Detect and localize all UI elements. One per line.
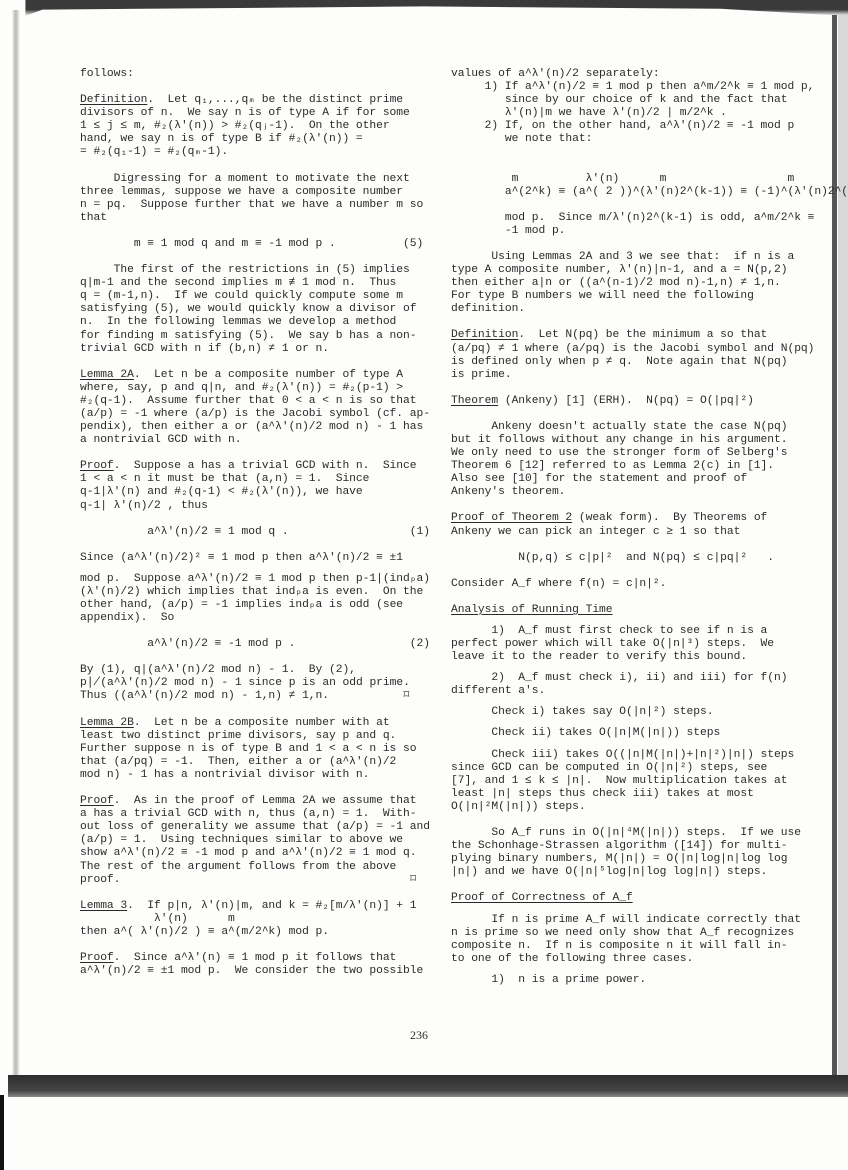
text-line: a^λ'(n)/2 ≡ -1 mod p . (2) bbox=[80, 638, 430, 651]
text-line: 1 ≤ j ≤ m, #₂(λ'(n)) > #₂(qⱼ-1). On the … bbox=[80, 120, 430, 133]
line-text: (a/p) = -1 where (a/p) is the Jacobi sym… bbox=[80, 408, 430, 420]
line-text: q = (m-1,n). If we could quickly compute… bbox=[80, 290, 403, 302]
line-text: Digressing for a moment to motivate the … bbox=[80, 173, 410, 185]
line-text: since by our choice of k and the fact th… bbox=[451, 94, 787, 106]
line-text: a nontrivial GCD with n. bbox=[80, 434, 242, 446]
section-heading: Proof of Correctness of A_f bbox=[451, 892, 633, 904]
paragraph-gap bbox=[451, 719, 811, 727]
text-line: Proof. Since a^λ'(n) ≡ 1 mod p it follow… bbox=[80, 952, 430, 965]
line-text: |n|) and we have O(|n|⁵log|n|log log|n|)… bbox=[451, 866, 767, 878]
text-line: q-1| λ'(n)/2 , thus bbox=[80, 500, 430, 513]
text-line: different a's. bbox=[451, 685, 811, 698]
line-text: . Since a^λ'(n) ≡ 1 mod p it follows tha… bbox=[114, 952, 397, 964]
line-text: a^λ'(n)/2 ≡ 1 mod q . (1) bbox=[80, 526, 430, 538]
text-line: least two distinct prime divisors, say p… bbox=[80, 730, 430, 743]
text-line: proof. ⌑ bbox=[80, 874, 430, 887]
line-text: pendix), then either a or (a^λ'(n)/2 mod… bbox=[80, 421, 423, 433]
line-text: 1 < a < n it must be that (a,n) = 1. Sin… bbox=[80, 473, 369, 485]
text-line: Proof. As in the proof of Lemma 2A we as… bbox=[80, 795, 430, 808]
text-line: 1) A_f must first check to see if n is a bbox=[451, 625, 811, 638]
line-text: but it follows without any change in his… bbox=[451, 434, 787, 446]
paragraph-gap bbox=[451, 147, 811, 160]
paragraph-gap bbox=[451, 741, 811, 749]
line-text: leave it to the reader to verify this bo… bbox=[451, 651, 747, 663]
paragraph-gap bbox=[451, 160, 811, 173]
line-text: three lemmas, suppose we have a composit… bbox=[80, 186, 403, 198]
line-text: type A composite number, λ'(n)|n-1, and … bbox=[451, 264, 787, 276]
paragraph-gap bbox=[451, 316, 811, 329]
text-line: plying binary numbers, M(|n|) = O(|n|log… bbox=[451, 853, 811, 866]
line-text: Consider A_f where f(n) = c|n|². bbox=[451, 578, 666, 590]
line-text: where, say, p and q|n, and #₂(λ'(n)) = #… bbox=[80, 382, 403, 394]
line-text: Further suppose n is of type B and 1 < a… bbox=[80, 743, 416, 755]
line-text: = #₂(q₁-1) = #₂(qₘ-1). bbox=[80, 146, 228, 158]
text-line: a^(2^k) ≡ (a^( 2 ))^(λ'(n)2^(k-1)) ≡ (-1… bbox=[451, 186, 811, 199]
line-text: divisors of n. We say n is of type A if … bbox=[80, 107, 410, 119]
section-heading: Lemma 3 bbox=[80, 900, 127, 912]
scan-edge-right bbox=[832, 15, 837, 1075]
line-text: that bbox=[80, 212, 107, 224]
text-line: satisfying (5), we would quickly know a … bbox=[80, 303, 430, 316]
line-text: q|m-1 and the second implies m ≢ 1 mod n… bbox=[80, 277, 396, 289]
text-line: Lemma 2B. Let n be a composite number wi… bbox=[80, 717, 430, 730]
line-text: a^λ'(n)/2 ≡ -1 mod p . (2) bbox=[80, 638, 430, 650]
line-text: . If p|n, λ'(n)|m, and k = #₂[m/λ'(n)] +… bbox=[127, 900, 416, 912]
text-line: O(|n|²M(|n|)) steps. bbox=[451, 801, 811, 814]
line-text: since GCD can be computed in O(|n|²) ste… bbox=[451, 762, 767, 774]
text-line: that (a/pq) = -1. Then, either a or (a^λ… bbox=[80, 756, 430, 769]
paragraph-gap bbox=[80, 782, 430, 795]
text-line: Ankeny's theorem. bbox=[451, 486, 811, 499]
text-line: Proof. Suppose a has a trivial GCD with … bbox=[80, 460, 430, 473]
text-line: least |n| steps thus check iii) takes at… bbox=[451, 788, 811, 801]
text-line: but it follows without any change in his… bbox=[451, 434, 811, 447]
line-text: least two distinct prime divisors, say p… bbox=[80, 730, 396, 742]
paragraph-gap bbox=[451, 539, 811, 552]
line-text: 1) A_f must first check to see if n is a bbox=[451, 625, 767, 637]
text-line: hand, we say n is of type B if #₂(λ'(n))… bbox=[80, 133, 430, 146]
text-line: to one of the following three cases. bbox=[451, 953, 811, 966]
line-text: mod p. Suppose a^λ'(n)/2 ≡ 1 mod p then … bbox=[80, 573, 430, 585]
line-text: m ≡ 1 mod q and m ≡ -1 mod p . (5) bbox=[80, 238, 423, 250]
text-line: Lemma 3. If p|n, λ'(n)|m, and k = #₂[m/λ… bbox=[80, 900, 430, 913]
text-line: is defined only when p ≠ q. Note again t… bbox=[451, 356, 811, 369]
text-line: mod n) - 1 has a nontrivial divisor with… bbox=[80, 769, 430, 782]
text-line: the Schonhage-Strassen algorithm ([14]) … bbox=[451, 840, 811, 853]
text-line: n is prime so we need only show that A_f… bbox=[451, 927, 811, 940]
text-line: trivial GCD with n if (b,n) ≠ 1 or n. bbox=[80, 343, 430, 356]
line-text: then a^( λ'(n)/2 ) ≡ a^(m/2^k) mod p. bbox=[80, 926, 329, 938]
paragraph-gap bbox=[80, 704, 430, 717]
text-line: If n is prime A_f will indicate correctl… bbox=[451, 914, 811, 927]
text-line: is prime. bbox=[451, 369, 811, 382]
text-line: follows: bbox=[80, 68, 430, 81]
text-line: mod p. Suppose a^λ'(n)/2 ≡ 1 mod p then … bbox=[80, 573, 430, 586]
line-text: definition. bbox=[451, 303, 525, 315]
text-line: Check iii) takes O((|n|M(|n|)+|n|²)|n|) … bbox=[451, 749, 811, 762]
scan-shadow-top bbox=[0, 0, 848, 16]
section-heading: Lemma 2B bbox=[80, 717, 134, 729]
line-text: a^(2^k) ≡ (a^( 2 ))^(λ'(n)2^(k-1)) ≡ (-1… bbox=[451, 186, 848, 198]
text-line: a nontrivial GCD with n. bbox=[80, 434, 430, 447]
scan-edge-bottom-left bbox=[0, 1095, 4, 1170]
text-line: then a^( λ'(n)/2 ) ≡ a^(m/2^k) mod p. bbox=[80, 926, 430, 939]
line-text: is prime. bbox=[451, 369, 512, 381]
text-line: Digressing for a moment to motivate the … bbox=[80, 173, 430, 186]
line-text: least |n| steps thus check iii) takes at… bbox=[451, 788, 754, 800]
line-text: . Let q₁,...,qₘ be the distinct prime bbox=[147, 94, 403, 106]
line-text: to one of the following three cases. bbox=[451, 953, 693, 965]
paragraph-gap bbox=[80, 539, 430, 552]
line-text: . Let N(pq) be the minimum a so that bbox=[518, 329, 767, 341]
text-line: -1 mod p. bbox=[451, 225, 811, 238]
scan-binding-shadow bbox=[12, 10, 20, 1075]
paragraph-gap bbox=[451, 814, 811, 827]
text-line: a has a trivial GCD with n, thus (a,n) =… bbox=[80, 808, 430, 821]
paragraph-gap bbox=[451, 879, 811, 892]
text-line: So A_f runs in O(|n|⁴M(|n|)) steps. If w… bbox=[451, 827, 811, 840]
line-text: (Ankeny) [1] (ERH). N(pq) = O(|pq|²) bbox=[498, 395, 754, 407]
text-line: Proof of Correctness of A_f bbox=[451, 892, 811, 905]
text-line: divisors of n. We say n is of type A if … bbox=[80, 107, 430, 120]
text-line: a^λ'(n)/2 ≡ ±1 mod p. We consider the tw… bbox=[80, 965, 430, 978]
text-line: definition. bbox=[451, 303, 811, 316]
line-text: Check i) takes say O(|n|²) steps. bbox=[451, 706, 713, 718]
line-text: show a^λ'(n)/2 ≡ -1 mod p and a^λ'(n)/2 … bbox=[80, 847, 416, 859]
text-line: Lemma 2A. Let n be a composite number of… bbox=[80, 369, 430, 382]
text-line: other hand, (a/p) = -1 implies indₚa is … bbox=[80, 599, 430, 612]
text-line: appendix). So bbox=[80, 612, 430, 625]
text-line: perfect power which will take O(|n|³) st… bbox=[451, 638, 811, 651]
line-text: . Let n be a composite number with at bbox=[134, 717, 390, 729]
line-text: For type B numbers we will need the foll… bbox=[451, 290, 754, 302]
line-text: proof. ⌑ bbox=[80, 874, 417, 886]
line-text: Ankeny doesn't actually state the case N… bbox=[451, 421, 787, 433]
text-line: pendix), then either a or (a^λ'(n)/2 mod… bbox=[80, 421, 430, 434]
text-line: m ≡ 1 mod q and m ≡ -1 mod p . (5) bbox=[80, 238, 430, 251]
text-line: composite n. If n is composite n it will… bbox=[451, 940, 811, 953]
paragraph-gap bbox=[451, 906, 811, 914]
line-text: 1) n is a prime power. bbox=[451, 974, 646, 986]
paragraph-gap bbox=[80, 251, 430, 264]
text-line: Definition. Let N(pq) be the minimum a s… bbox=[451, 329, 811, 342]
line-text: mod n) - 1 has a nontrivial divisor with… bbox=[80, 769, 369, 781]
line-text: 1 ≤ j ≤ m, #₂(λ'(n)) > #₂(qⱼ-1). On the … bbox=[80, 120, 390, 132]
line-text: By (1), q|(a^λ'(n)/2 mod n) - 1. By (2), bbox=[80, 664, 356, 676]
line-text: satisfying (5), we would quickly know a … bbox=[80, 303, 416, 315]
text-line: Theorem 6 [12] referred to as Lemma 2(c)… bbox=[451, 460, 811, 473]
text-line: q = (m-1,n). If we could quickly compute… bbox=[80, 290, 430, 303]
paragraph-gap bbox=[80, 225, 430, 238]
line-text: follows: bbox=[80, 68, 134, 80]
line-text: for finding m satisfying (5). We say b h… bbox=[80, 330, 416, 342]
line-text: appendix). So bbox=[80, 612, 174, 624]
paragraph-gap bbox=[451, 499, 811, 512]
section-heading: Analysis of Running Time bbox=[451, 604, 613, 616]
text-line: leave it to the reader to verify this bo… bbox=[451, 651, 811, 664]
line-text: 2) If, on the other hand, a^λ'(n)/2 ≡ -1… bbox=[451, 120, 794, 132]
line-text: (a/pq) ≠ 1 where (a/pq) is the Jacobi sy… bbox=[451, 343, 814, 355]
text-line: we note that: bbox=[451, 133, 811, 146]
line-text: Ankeny we can pick an integer c ≥ 1 so t… bbox=[451, 526, 740, 538]
text-line: The first of the restrictions in (5) imp… bbox=[80, 264, 430, 277]
text-line: We only need to use the stronger form of… bbox=[451, 447, 811, 460]
line-text: the Schonhage-Strassen algorithm ([14]) … bbox=[451, 840, 787, 852]
text-line: Since (a^λ'(n)/2)² ≡ 1 mod p then a^λ'(n… bbox=[80, 552, 430, 565]
text-line: q|m-1 and the second implies m ≢ 1 mod n… bbox=[80, 277, 430, 290]
line-text: mod p. Since m/λ'(n)2^(k-1) is odd, a^m/… bbox=[451, 212, 814, 224]
line-text: [7], and 1 ≤ k ≤ |n|. Now multiplication… bbox=[451, 775, 787, 787]
text-line: |n|) and we have O(|n|⁵log|n|log log|n|)… bbox=[451, 866, 811, 879]
line-text: is defined only when p ≠ q. Note again t… bbox=[451, 356, 787, 368]
text-line: [7], and 1 ≤ k ≤ |n|. Now multiplication… bbox=[451, 775, 811, 788]
line-text: If n is prime A_f will indicate correctl… bbox=[451, 914, 801, 926]
line-text: a has a trivial GCD with n, thus (a,n) =… bbox=[80, 808, 416, 820]
text-line: p∤(a^λ'(n)/2 mod n) - 1 since p is an od… bbox=[80, 677, 430, 690]
text-line: The rest of the argument follows from th… bbox=[80, 861, 430, 874]
line-text: n = pq. Suppose further that we have a n… bbox=[80, 199, 423, 211]
text-line: Check i) takes say O(|n|²) steps. bbox=[451, 706, 811, 719]
paragraph-gap bbox=[451, 664, 811, 672]
text-line: n = pq. Suppose further that we have a n… bbox=[80, 199, 430, 212]
text-line: 1 < a < n it must be that (a,n) = 1. Sin… bbox=[80, 473, 430, 486]
text-line: Analysis of Running Time bbox=[451, 604, 811, 617]
paragraph-gap bbox=[80, 160, 430, 173]
paragraph-gap bbox=[451, 199, 811, 212]
line-text: Using Lemmas 2A and 3 we see that: if n … bbox=[451, 251, 794, 263]
section-heading: Definition bbox=[80, 94, 147, 106]
line-text: Thus ((a^λ'(n)/2 mod n) - 1,n) ≠ 1,n. ⌑ bbox=[80, 690, 410, 702]
line-text: #₂(q-1). Assume further that 0 < a < n i… bbox=[80, 395, 416, 407]
line-text: O(|n|²M(|n|)) steps. bbox=[451, 801, 586, 813]
text-line: By (1), q|(a^λ'(n)/2 mod n) - 1. By (2), bbox=[80, 664, 430, 677]
text-line: Proof of Theorem 2 (weak form). By Theor… bbox=[451, 512, 811, 525]
section-heading: Theorem bbox=[451, 395, 498, 407]
text-line: values of a^λ'(n)/2 separately: bbox=[451, 68, 811, 81]
line-text: λ'(n)|m we have λ'(n)/2 | m/2^k . bbox=[451, 107, 727, 119]
line-text: n. In the following lemmas we develop a … bbox=[80, 316, 396, 328]
line-text: Also see [10] for the statement and proo… bbox=[451, 473, 747, 485]
line-text: different a's. bbox=[451, 685, 545, 697]
paragraph-gap bbox=[451, 382, 811, 395]
line-text: (λ'(n)/2) which implies that indₚa is ev… bbox=[80, 586, 423, 598]
text-line: Ankeny we can pick an integer c ≥ 1 so t… bbox=[451, 526, 811, 539]
text-line: Using Lemmas 2A and 3 we see that: if n … bbox=[451, 251, 811, 264]
line-text: . As in the proof of Lemma 2A we assume … bbox=[114, 795, 417, 807]
text-line: Also see [10] for the statement and proo… bbox=[451, 473, 811, 486]
section-heading: Lemma 2A bbox=[80, 369, 134, 381]
text-line: (a/p) = 1. Using techniques similar to a… bbox=[80, 834, 430, 847]
paragraph-gap bbox=[80, 81, 430, 94]
line-text: hand, we say n is of type B if #₂(λ'(n))… bbox=[80, 133, 363, 145]
text-line: λ'(n)|m we have λ'(n)/2 | m/2^k . bbox=[451, 107, 811, 120]
line-text: . Let n be a composite number of type A bbox=[134, 369, 403, 381]
paragraph-gap bbox=[80, 887, 430, 900]
text-line: since by our choice of k and the fact th… bbox=[451, 94, 811, 107]
text-line: (a/p) = -1 where (a/p) is the Jacobi sym… bbox=[80, 408, 430, 421]
paragraph-gap bbox=[80, 565, 430, 573]
section-heading: Proof of Theorem 2 bbox=[451, 512, 572, 524]
line-text: Check ii) takes O(|n|M(|n|)) steps bbox=[451, 727, 720, 739]
text-line: Further suppose n is of type B and 1 < a… bbox=[80, 743, 430, 756]
line-text: p∤(a^λ'(n)/2 mod n) - 1 since p is an od… bbox=[80, 677, 410, 689]
text-line: mod p. Since m/λ'(n)2^(k-1) is odd, a^m/… bbox=[451, 212, 811, 225]
line-text: 1) If a^λ'(n)/2 ≡ 1 mod p then a^m/2^k ≡… bbox=[451, 81, 814, 93]
line-text: other hand, (a/p) = -1 implies indₚa is … bbox=[80, 599, 403, 611]
text-line: = #₂(q₁-1) = #₂(qₘ-1). bbox=[80, 146, 430, 159]
line-text: m λ'(n) m m bbox=[451, 173, 794, 185]
text-line: then either a|n or ((a^(n-1)/2 mod n)-1,… bbox=[451, 277, 811, 290]
text-line: show a^λ'(n)/2 ≡ -1 mod p and a^λ'(n)/2 … bbox=[80, 847, 430, 860]
paragraph-gap bbox=[451, 408, 811, 421]
paragraph-gap bbox=[80, 447, 430, 460]
line-text: n is prime so we need only show that A_f… bbox=[451, 927, 794, 939]
text-line: Consider A_f where f(n) = c|n|². bbox=[451, 578, 811, 591]
text-line: Definition. Let q₁,...,qₘ be the distinc… bbox=[80, 94, 430, 107]
text-line: a^λ'(n)/2 ≡ 1 mod q . (1) bbox=[80, 526, 430, 539]
text-line: λ'(n) m bbox=[80, 913, 430, 926]
paragraph-gap bbox=[80, 513, 430, 526]
text-line: since GCD can be computed in O(|n|²) ste… bbox=[451, 762, 811, 775]
text-line: 1) n is a prime power. bbox=[451, 974, 811, 987]
left-column: follows:Definition. Let q₁,...,qₘ be the… bbox=[80, 68, 430, 978]
line-text: perfect power which will take O(|n|³) st… bbox=[451, 638, 774, 650]
line-text: -1 mod p. bbox=[451, 225, 565, 237]
text-line: N(p,q) ≤ c|p|² and N(pq) ≤ c|pq|² . bbox=[451, 552, 811, 565]
text-line: 2) A_f must check i), ii) and iii) for f… bbox=[451, 672, 811, 685]
text-line: type A composite number, λ'(n)|n-1, and … bbox=[451, 264, 811, 277]
line-text: (a/p) = 1. Using techniques similar to a… bbox=[80, 834, 403, 846]
scan-edge-right-margin bbox=[838, 15, 848, 1075]
line-text: So A_f runs in O(|n|⁴M(|n|)) steps. If w… bbox=[451, 827, 801, 839]
text-line: three lemmas, suppose we have a composit… bbox=[80, 186, 430, 199]
line-text: N(p,q) ≤ c|p|² and N(pq) ≤ c|pq|² . bbox=[451, 552, 774, 564]
line-text: We only need to use the stronger form of… bbox=[451, 447, 787, 459]
line-text: q-1|λ'(n) and #₂(q-1) < #₂(λ'(n)), we ha… bbox=[80, 486, 363, 498]
text-line: m λ'(n) m m bbox=[451, 173, 811, 186]
paragraph-gap bbox=[80, 356, 430, 369]
text-line: Thus ((a^λ'(n)/2 mod n) - 1,n) ≠ 1,n. ⌑ bbox=[80, 690, 430, 703]
line-text: Check iii) takes O((|n|M(|n|)+|n|²)|n|) … bbox=[451, 749, 794, 761]
text-line: #₂(q-1). Assume further that 0 < a < n i… bbox=[80, 395, 430, 408]
line-text: values of a^λ'(n)/2 separately: bbox=[451, 68, 660, 80]
text-line: where, say, p and q|n, and #₂(λ'(n)) = #… bbox=[80, 382, 430, 395]
section-heading: Proof bbox=[80, 460, 114, 472]
scan-shadow-bottom bbox=[8, 1075, 848, 1097]
text-line: out loss of generality we assume that (a… bbox=[80, 821, 430, 834]
paragraph-gap bbox=[451, 238, 811, 251]
paragraph-gap bbox=[451, 617, 811, 625]
paragraph-gap bbox=[451, 698, 811, 706]
line-text: λ'(n) m bbox=[80, 913, 235, 925]
section-heading: Proof bbox=[80, 952, 114, 964]
text-line: For type B numbers we will need the foll… bbox=[451, 290, 811, 303]
paragraph-gap bbox=[451, 591, 811, 604]
text-line: 1) If a^λ'(n)/2 ≡ 1 mod p then a^m/2^k ≡… bbox=[451, 81, 811, 94]
line-text: a^λ'(n)/2 ≡ ±1 mod p. We consider the tw… bbox=[80, 965, 423, 977]
line-text: . Suppose a has a trivial GCD with n. Si… bbox=[114, 460, 417, 472]
text-line: that bbox=[80, 212, 430, 225]
line-text: composite n. If n is composite n it will… bbox=[451, 940, 787, 952]
paragraph-gap bbox=[451, 966, 811, 974]
line-text: Ankeny's theorem. bbox=[451, 486, 565, 498]
line-text: then either a|n or ((a^(n-1)/2 mod n)-1,… bbox=[451, 277, 781, 289]
text-line: Check ii) takes O(|n|M(|n|)) steps bbox=[451, 727, 811, 740]
paragraph-gap bbox=[80, 651, 430, 664]
paragraph-gap bbox=[451, 565, 811, 578]
text-line: Ankeny doesn't actually state the case N… bbox=[451, 421, 811, 434]
line-text: plying binary numbers, M(|n|) = O(|n|log… bbox=[451, 853, 787, 865]
line-text: Theorem 6 [12] referred to as Lemma 2(c)… bbox=[451, 460, 774, 472]
line-text: that (a/pq) = -1. Then, either a or (a^λ… bbox=[80, 756, 396, 768]
text-line: (a/pq) ≠ 1 where (a/pq) is the Jacobi sy… bbox=[451, 343, 811, 356]
text-line: for finding m satisfying (5). We say b h… bbox=[80, 330, 430, 343]
section-heading: Proof bbox=[80, 795, 114, 807]
line-text: out loss of generality we assume that (a… bbox=[80, 821, 430, 833]
page-number: 236 bbox=[410, 1028, 428, 1043]
text-line: Theorem (Ankeny) [1] (ERH). N(pq) = O(|p… bbox=[451, 395, 811, 408]
text-line: 2) If, on the other hand, a^λ'(n)/2 ≡ -1… bbox=[451, 120, 811, 133]
line-text: The first of the restrictions in (5) imp… bbox=[80, 264, 410, 276]
paragraph-gap bbox=[80, 625, 430, 638]
line-text: (weak form). By Theorems of bbox=[572, 512, 767, 524]
text-line: (λ'(n)/2) which implies that indₚa is ev… bbox=[80, 586, 430, 599]
section-heading: Definition bbox=[451, 329, 518, 341]
line-text: 2) A_f must check i), ii) and iii) for f… bbox=[451, 672, 787, 684]
text-line: n. In the following lemmas we develop a … bbox=[80, 316, 430, 329]
text-line: q-1|λ'(n) and #₂(q-1) < #₂(λ'(n)), we ha… bbox=[80, 486, 430, 499]
line-text: q-1| λ'(n)/2 , thus bbox=[80, 500, 208, 512]
line-text: The rest of the argument follows from th… bbox=[80, 861, 396, 873]
paragraph-gap bbox=[80, 939, 430, 952]
line-text: Since (a^λ'(n)/2)² ≡ 1 mod p then a^λ'(n… bbox=[80, 552, 403, 564]
right-column: values of a^λ'(n)/2 separately: 1) If a^… bbox=[451, 68, 811, 987]
line-text: trivial GCD with n if (b,n) ≠ 1 or n. bbox=[80, 343, 329, 355]
line-text: we note that: bbox=[451, 133, 592, 145]
